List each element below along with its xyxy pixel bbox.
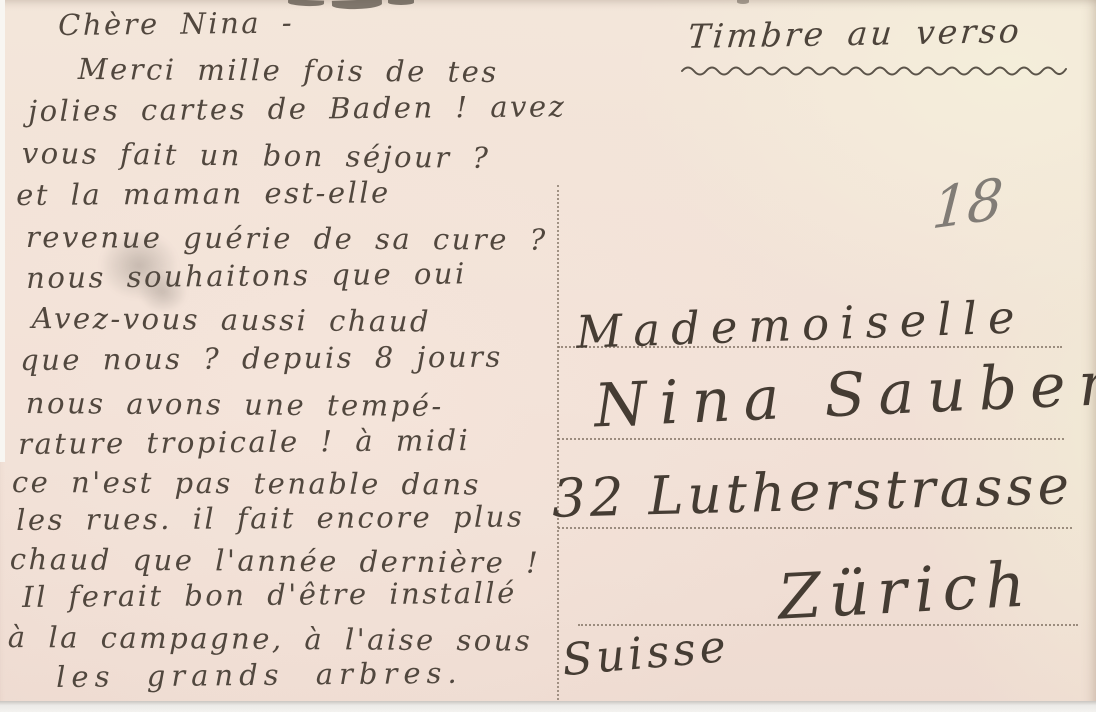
message-line: jolies cartes de Baden ! avez bbox=[28, 89, 567, 128]
message-line: rature tropicale ! à midi bbox=[18, 423, 471, 461]
address-recipient-name: Nina Sauber bbox=[593, 349, 1096, 442]
torn-edge-mark bbox=[737, 0, 749, 4]
message-line: les grands arbres. bbox=[56, 656, 463, 694]
message-line: vous fait un bon séjour ? bbox=[22, 136, 491, 175]
message-line: nous avons une tempé- bbox=[26, 386, 444, 423]
torn-edge-mark bbox=[388, 0, 414, 5]
message-line: Il ferait bon d'être installé bbox=[22, 576, 517, 614]
postcard-divider-line bbox=[557, 185, 559, 700]
message-line: chaud que l'année dernière ! bbox=[10, 542, 541, 580]
scanner-edge-bottom bbox=[0, 701, 1096, 712]
stamp-note: Timbre au verso bbox=[686, 11, 1023, 56]
torn-edge-mark bbox=[332, 0, 382, 10]
address-country: Suisse bbox=[560, 621, 732, 686]
address-street: 32 Lutherstrasse bbox=[551, 455, 1073, 530]
message-line: Merci mille fois de tes bbox=[78, 52, 499, 89]
ink-smudge bbox=[128, 262, 198, 322]
postcard-paper: Chère Nina - Merci mille fois de tes jol… bbox=[0, 0, 1096, 712]
message-line: ce n'est pas tenable dans bbox=[12, 465, 481, 501]
message-line: que nous ? depuis 8 jours bbox=[20, 340, 503, 377]
message-line: les rues. il fait encore plus bbox=[16, 499, 524, 537]
address-city: Zürich bbox=[776, 547, 1035, 633]
scanner-edge-left bbox=[0, 0, 5, 462]
pencil-number: 18 bbox=[930, 166, 1005, 242]
message-salutation: Chère Nina - bbox=[58, 6, 294, 42]
postcard-scan: Chère Nina - Merci mille fois de tes jol… bbox=[0, 0, 1096, 712]
message-line: et la maman est-elle bbox=[16, 175, 391, 212]
address-recipient-title: Mademoiselle bbox=[575, 290, 1026, 359]
wavy-underline bbox=[680, 62, 1072, 78]
message-line: à la campagne, à l'aise sous bbox=[8, 620, 533, 658]
